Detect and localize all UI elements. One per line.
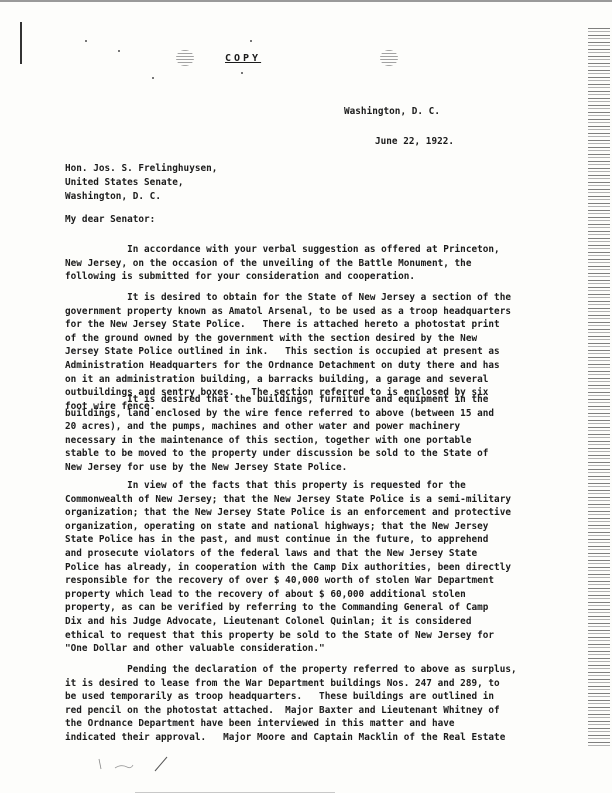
paragraph-4-line: and prosecute violators of the federal l… (65, 547, 477, 561)
paragraph-2-line: Jersey State Police outlined in ink. Thi… (65, 345, 500, 359)
paragraph-4-line: Dix and his Judge Advocate, Lieutenant C… (65, 615, 471, 629)
recipient-city: Washington, D. C. (65, 190, 161, 204)
paragraph-1-line: New Jersey, on the occasion of the unvei… (65, 257, 471, 271)
paragraph-4-line: Police has already, in cooperation with … (65, 561, 511, 575)
paragraph-4-line: organization, operating on state and nat… (65, 520, 488, 534)
paragraph-4-line: "One Dollar and other valuable considera… (65, 642, 325, 656)
paragraph-2-line: of the ground owned by the government wi… (65, 332, 477, 346)
scan-speck (152, 77, 154, 79)
paragraph-4-line: In view of the facts that this property … (65, 479, 466, 493)
paragraph-3-line: stable to be moved to the property under… (65, 447, 488, 461)
paragraph-2-line: for the New Jersey State Police. There i… (65, 318, 500, 332)
paragraph-4-line: Commonwealth of New Jersey; that the New… (65, 493, 511, 507)
punch-hole-mark (176, 50, 194, 66)
paragraph-5-line: Pending the declaration of the property … (65, 663, 517, 677)
paragraph-3-line: necessary in the maintenance of this sec… (65, 434, 471, 448)
paragraph-4-line: State Police has in the past, and must c… (65, 533, 488, 547)
margin-mark (20, 22, 22, 64)
scan-right-edge-artifact (588, 28, 610, 748)
letter-date: June 22, 1922. (375, 135, 454, 149)
paragraph-1-line: following is submitted for your consider… (65, 270, 415, 284)
paragraph-2-line: on it an administration building, a barr… (65, 373, 488, 387)
paragraph-5-line: red pencil on the photostat attached. Ma… (65, 704, 500, 718)
paragraph-5-line: the Ordnance Department have been interv… (65, 717, 455, 731)
scan-top-edge (0, 0, 612, 2)
recipient-name: Hon. Jos. S. Frelinghuysen, (65, 162, 217, 176)
paragraph-3-line: New Jersey for use by the New Jersey Sta… (65, 461, 347, 475)
paragraph-5-line: it is desired to lease from the War Depa… (65, 677, 500, 691)
paragraph-4-line: ethical to request that this property be… (65, 629, 494, 643)
scan-speck (118, 50, 120, 52)
scan-speck (241, 72, 243, 74)
scan-speck (250, 40, 252, 42)
document-page: COPY Washington, D. C. June 22, 1922. Ho… (0, 0, 612, 793)
copy-heading: COPY (225, 53, 261, 64)
paragraph-4-line: property, as can be verified by referrin… (65, 601, 488, 615)
scan-speck (85, 40, 87, 42)
punch-hole-mark (380, 50, 398, 66)
paragraph-1-line: In accordance with your verbal suggestio… (65, 243, 500, 257)
paragraph-4-line: organization; that the New Jersey State … (65, 506, 511, 520)
paragraph-2-line: government property known as Amatol Arse… (65, 305, 511, 319)
pencil-scribble (95, 755, 175, 775)
paragraph-4-line: property which lead to the recovery of a… (65, 588, 466, 602)
paragraph-5-line: be used temporarily as troop headquarter… (65, 690, 494, 704)
paragraph-2-line: It is desired to obtain for the State of… (65, 291, 511, 305)
recipient-office: United States Senate, (65, 176, 184, 190)
paragraph-4-line: responsible for the recovery of over $ 4… (65, 574, 494, 588)
paragraph-5-line: indicated their approval. Major Moore an… (65, 731, 505, 745)
salutation: My dear Senator: (65, 213, 155, 227)
paragraph-3-line: It is desired that the buildings, furnit… (65, 393, 488, 407)
paragraph-3-line: buildings, land enclosed by the wire fen… (65, 407, 494, 421)
paragraph-3-line: 20 acres), and the pumps, machines and o… (65, 420, 460, 434)
letter-place: Washington, D. C. (344, 105, 440, 119)
paragraph-2-line: Administration Headquarters for the Ordn… (65, 359, 500, 373)
